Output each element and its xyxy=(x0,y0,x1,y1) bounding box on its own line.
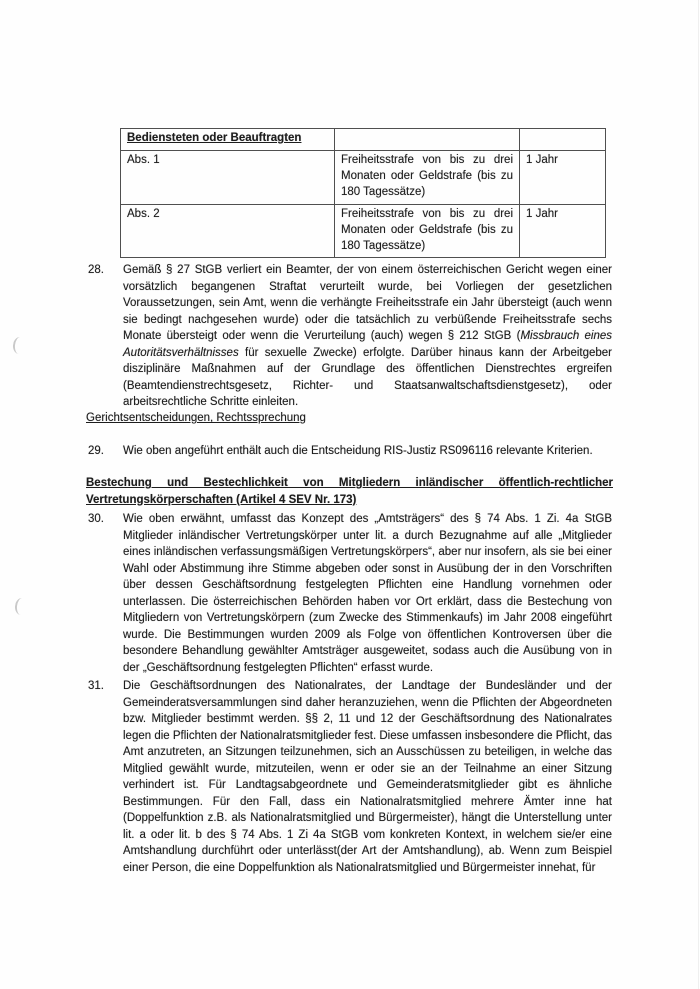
table-cell-provision: Abs. 1 xyxy=(121,151,335,205)
table-cell-provision: Abs. 2 xyxy=(121,204,335,258)
table-header-cell xyxy=(520,129,606,151)
paragraph-28: 28. Gemäß § 27 StGB verliert ein Beamter… xyxy=(88,262,612,411)
table-row: Abs. 2 Freiheitsstrafe von bis zu drei M… xyxy=(121,204,606,258)
table-cell-penalty: Freiheitsstrafe von bis zu drei Monaten … xyxy=(335,204,520,258)
table-cell-duration: 1 Jahr xyxy=(520,204,606,258)
paragraph-number: 29. xyxy=(88,443,123,460)
section-heading-bestechung: Bestechung und Bestechlichkeit von Mitgl… xyxy=(86,475,613,508)
document-page: Bediensteten oder Beauftragten Abs. 1 Fr… xyxy=(0,0,700,989)
paragraph-number: 28. xyxy=(88,262,123,411)
paragraph-text: Wie oben erwähnt, umfasst das Konzept de… xyxy=(123,511,612,676)
paragraph-number: 31. xyxy=(88,678,123,876)
paragraph-31: 31. Die Geschäftsordnungen des Nationalr… xyxy=(88,678,612,876)
table-header-cell: Bediensteten oder Beauftragten xyxy=(121,129,335,151)
table-header-cell xyxy=(335,129,520,151)
paragraph-29: 29. Wie oben angeführt enthält auch die … xyxy=(88,443,612,460)
table-header-label: Bediensteten oder Beauftragten xyxy=(127,132,301,144)
paragraph-text: Wie oben angeführt enthält auch die Ents… xyxy=(123,443,612,460)
paragraph-text: Die Geschäftsordnungen des Nationalrates… xyxy=(123,678,612,876)
scan-edge-line xyxy=(698,0,700,989)
table-cell-duration: 1 Jahr xyxy=(520,151,606,205)
section-heading-gerichtsentscheidungen: Gerichtsentscheidungen, Rechtssprechung xyxy=(86,410,613,427)
paragraph-30: 30. Wie oben erwähnt, umfasst das Konzep… xyxy=(88,511,612,676)
paragraph-text: Gemäß § 27 StGB verliert ein Beamter, de… xyxy=(123,262,612,411)
scan-artifact-paren xyxy=(12,336,27,354)
paragraph-number: 30. xyxy=(88,511,123,676)
penalty-table: Bediensteten oder Beauftragten Abs. 1 Fr… xyxy=(120,128,606,258)
table-cell-penalty: Freiheitsstrafe von bis zu drei Monaten … xyxy=(335,151,520,205)
scan-artifact-paren xyxy=(14,597,29,615)
table-header-row: Bediensteten oder Beauftragten xyxy=(121,129,606,151)
table-row: Abs. 1 Freiheitsstrafe von bis zu drei M… xyxy=(121,151,606,205)
